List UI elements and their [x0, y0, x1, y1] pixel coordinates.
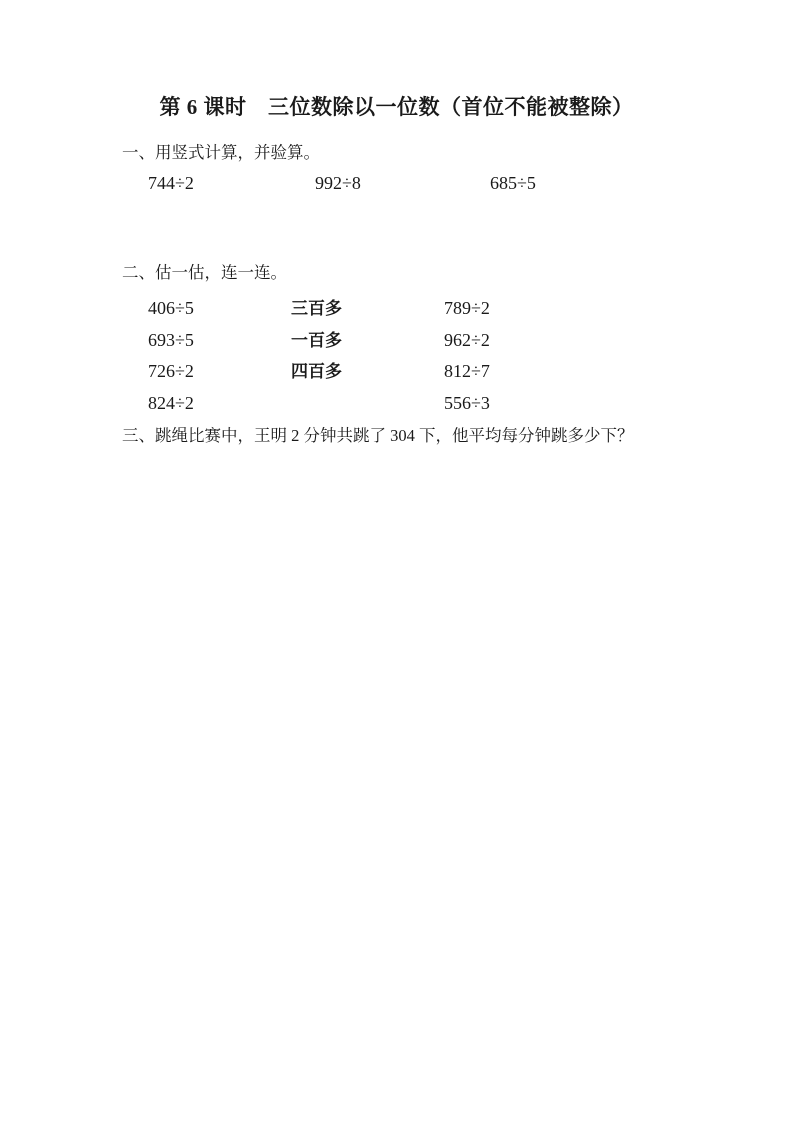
estimate-left-2: 693÷5 [148, 331, 194, 350]
estimate-label-1: 三百多 [291, 299, 342, 318]
section1-heading: 一、用竖式计算，并验算。 [122, 144, 320, 162]
estimate-right-2: 962÷2 [444, 331, 490, 350]
estimate-right-1: 789÷2 [444, 299, 490, 318]
estimate-left-4: 824÷2 [148, 394, 194, 413]
section2-heading: 二、估一估，连一连。 [122, 264, 287, 282]
worksheet-title: 第 6 课时 三位数除以一位数（首位不能被整除） [0, 91, 793, 121]
estimate-left-1: 406÷5 [148, 299, 194, 318]
estimate-label-3: 四百多 [291, 362, 342, 381]
division-problem-2: 992÷8 [315, 174, 361, 193]
division-problem-3: 685÷5 [490, 174, 536, 193]
worksheet-page: 第 6 课时 三位数除以一位数（首位不能被整除） 一、用竖式计算，并验算。 74… [0, 0, 793, 1122]
estimate-label-2: 一百多 [291, 331, 342, 350]
estimate-left-3: 726÷2 [148, 362, 194, 381]
estimate-right-3: 812÷7 [444, 362, 490, 381]
estimate-right-4: 556÷3 [444, 394, 490, 413]
section3-heading: 三、跳绳比赛中，王明 2 分钟共跳了 304 下，他平均每分钟跳多少下？ [122, 427, 634, 445]
division-problem-1: 744÷2 [148, 174, 194, 193]
